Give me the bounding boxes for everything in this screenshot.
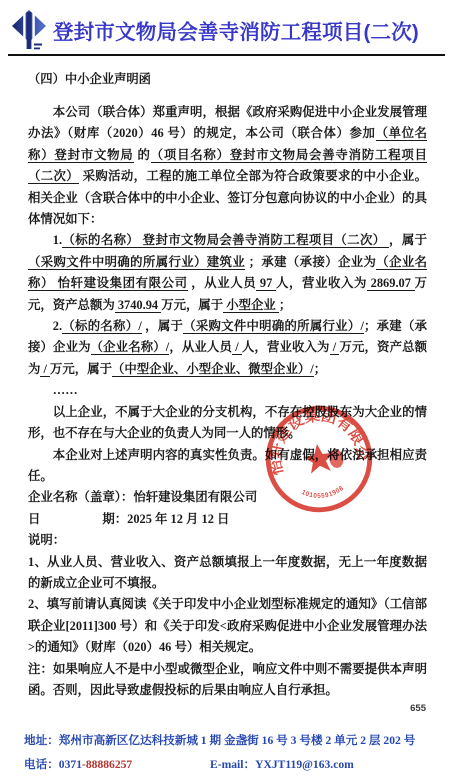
paragraph-truthfulness: 本企业对上述声明内容的真实性负责。如有虚假，将依法承担相应责任。 xyxy=(28,445,427,488)
note-3: 注：如果响应人不是中小型或微型企业，响应文件中则不需要提供本声明函。否则，因此导… xyxy=(28,659,427,702)
company-name-label: 企业名称（盖章）： xyxy=(28,490,133,504)
paragraph-item2: 2.（标的名称）/ ，属于（采购文件中明确的所属行业）/；承建（承接）企业为（企… xyxy=(28,316,427,380)
footer-email-value: YXJT119@163.com xyxy=(255,758,354,771)
footer-contacts: 电话：0371-88886257 E-mail：YXJT119@163.com xyxy=(24,753,435,776)
document-page: 登封市文物局会善寺消防工程项目(二次) （四）中小企业声明函 本公司（联合体）郑… xyxy=(0,0,453,776)
footer-email-label: E-mail： xyxy=(210,758,255,771)
footer-address: 地址：郑州市高新区亿达科技新城 1 期 金盏街 16 号 3 号楼 2 单元 2… xyxy=(24,729,435,753)
page-number: 655 xyxy=(410,703,426,714)
page-title: 登封市文物局会善寺消防工程项目(二次) xyxy=(53,15,419,45)
date-value: 期：2025 年 12 月 12 日 xyxy=(102,512,229,526)
paragraph-not-branch: 以上企业，不属于大企业的分支机构，不存在控股股东为大企业的情形，也不存在与大企业… xyxy=(28,402,427,445)
footer-phone-number: -88886257 xyxy=(82,758,132,771)
date-line: 日期：2025 年 12 月 12 日 xyxy=(28,509,427,530)
paragraph-item1: 1.（标的名称） 登封市文物局会善寺消防工程项目（二次） ，属于（采购文件中明确… xyxy=(28,230,427,316)
footer-phone-area: 0371 xyxy=(59,758,82,771)
header-divider xyxy=(8,54,445,56)
company-name-line: 企业名称（盖章）：怡轩建设集团有限公司 xyxy=(28,487,427,508)
date-char-left: 日 xyxy=(28,512,40,526)
paragraph-ellipsis: …… xyxy=(28,380,427,401)
footer-phone-label: 电话： xyxy=(24,758,59,771)
note-2: 2、填写前请认真阅读《关于印发中小企业划型标准规定的通知》（工信部联企业[201… xyxy=(28,594,427,658)
company-name-value: 怡轩建设集团有限公司 xyxy=(133,490,257,504)
document-body: 本公司（联合体）郑重声明，根据《政府采购促进中小企业发展管理办法》（财库（202… xyxy=(28,102,427,701)
notes-title: 说明： xyxy=(28,530,427,551)
document-header: 登封市文物局会善寺消防工程项目(二次) xyxy=(0,0,453,51)
company-logo xyxy=(10,9,48,51)
footer-phone: 电话：0371-88886257 xyxy=(24,753,210,776)
note-1: 1、从业人员、营业收入、资产总额填报上一年度数据，无上一年度数据的新成立企业可不… xyxy=(28,552,427,595)
section-label: （四）中小企业声明函 xyxy=(28,69,453,87)
document-footer: 地址：郑州市高新区亿达科技新城 1 期 金盏街 16 号 3 号楼 2 单元 2… xyxy=(24,729,435,776)
paragraph-declaration: 本公司（联合体）郑重声明，根据《政府采购促进中小企业发展管理办法》（财库（202… xyxy=(28,102,427,230)
footer-email: E-mail：YXJT119@163.com xyxy=(210,753,354,776)
